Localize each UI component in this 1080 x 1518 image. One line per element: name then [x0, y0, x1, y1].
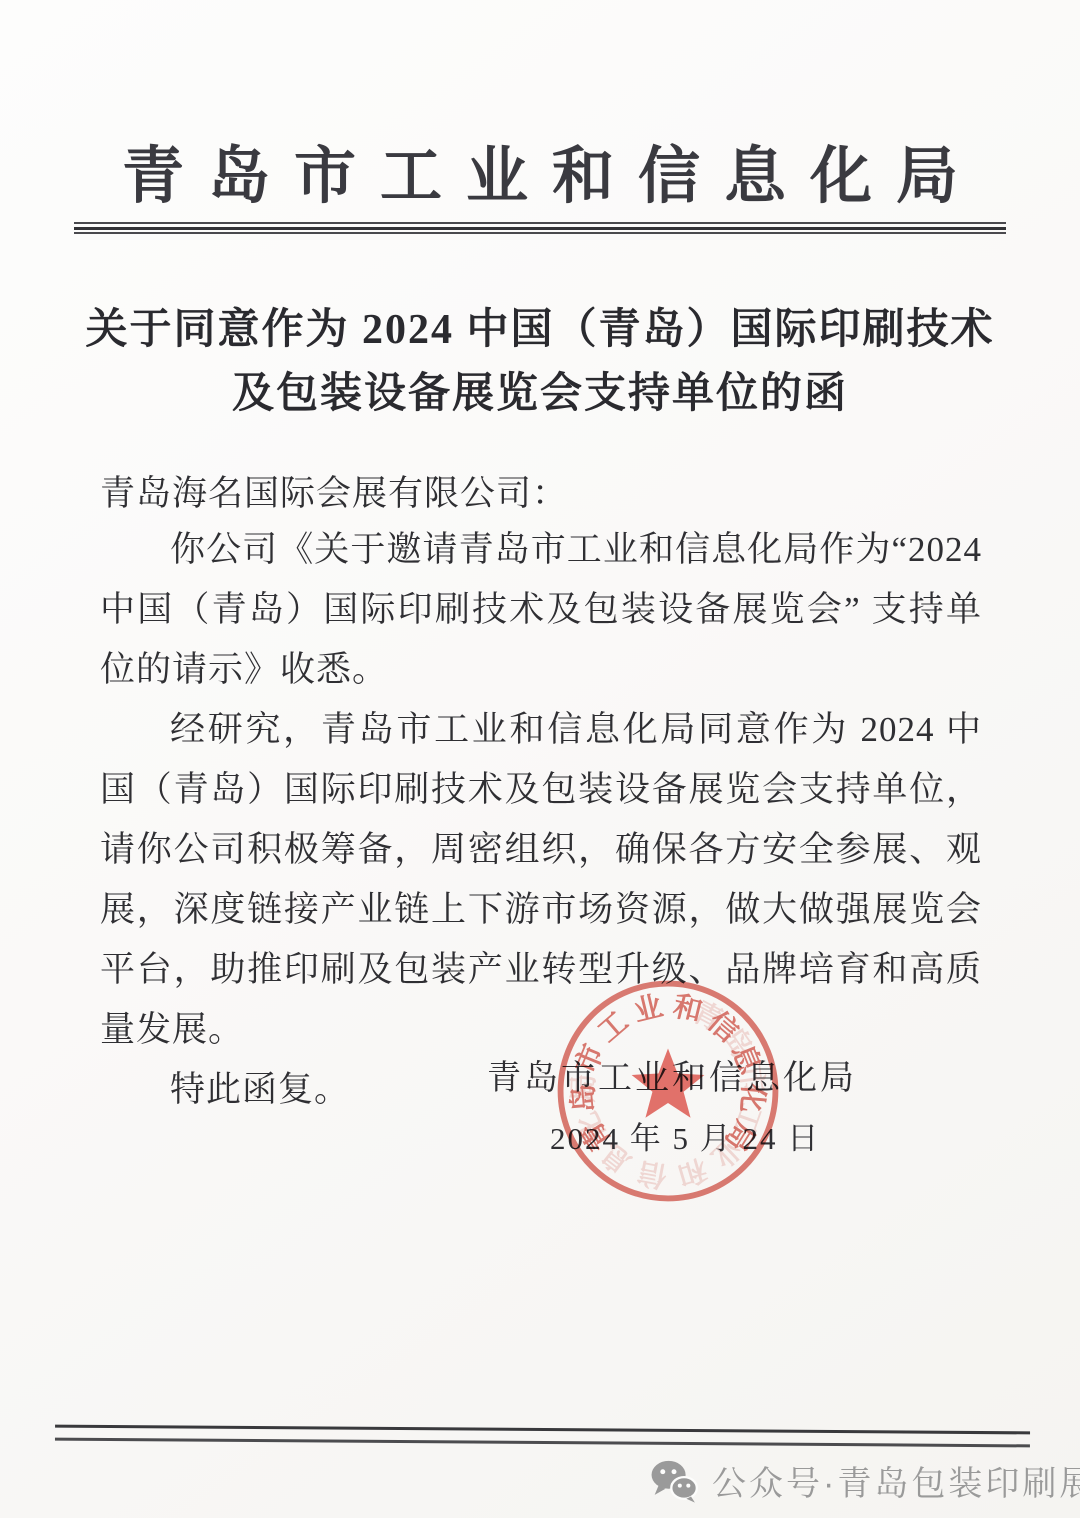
svg-text:信: 信	[635, 1155, 670, 1193]
svg-text:市: 市	[733, 1063, 769, 1096]
masthead-rule	[74, 222, 1006, 234]
document-title-line1: 关于同意作为 2024 中国（青岛）国际印刷技术	[0, 298, 1080, 362]
svg-text:局: 局	[568, 1073, 601, 1103]
letter-body: 你公司《关于邀请青岛市工业和信息化局作为“2024 中国（青岛）国际印刷技术及包…	[100, 520, 982, 1120]
svg-text:和: 和	[674, 1152, 711, 1191]
official-seal-stamp: 青岛市工业和信息化局 青岛市工业和信息化局	[551, 974, 785, 1208]
footer-watermark-text: 公众号·青岛包装印刷展	[712, 1456, 1080, 1505]
footer-watermark: 公众号·青岛包装印刷展	[650, 1456, 1080, 1505]
agency-masthead: 青岛市工业和信息化局	[0, 126, 1080, 215]
masthead-rule-line	[74, 232, 1006, 234]
paragraph-2: 经研究，青岛市工业和信息化局同意作为 2024 中国（青岛）国际印刷技术及包装设…	[100, 700, 982, 1060]
salutation: 青岛海名国际会展有限公司：	[100, 466, 568, 516]
svg-text:业: 业	[631, 990, 667, 1028]
wechat-icon	[650, 1459, 698, 1503]
footer-rule	[55, 1425, 1030, 1448]
document-title-line2: 及包装设备展览会支持单位的函	[0, 362, 1080, 426]
masthead-rule-line	[74, 222, 1006, 224]
seal-star-icon	[632, 1048, 705, 1117]
document-title: 关于同意作为 2024 中国（青岛）国际印刷技术 及包装设备展览会支持单位的函	[0, 298, 1080, 426]
letter-page: 青岛市工业和信息化局 关于同意作为 2024 中国（青岛）国际印刷技术 及包装设…	[0, 0, 1080, 1518]
masthead-rule-line	[74, 227, 1006, 230]
paragraph-1: 你公司《关于邀请青岛市工业和信息化局作为“2024 中国（青岛）国际印刷技术及包…	[100, 520, 982, 700]
svg-text:市: 市	[570, 1040, 611, 1079]
